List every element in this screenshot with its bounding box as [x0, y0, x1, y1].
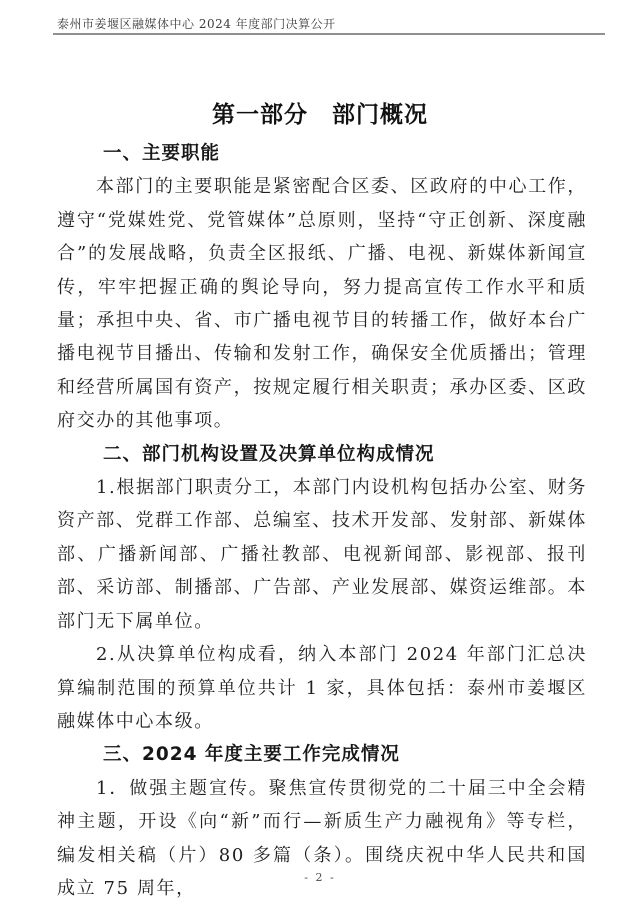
paragraph: 1．做强主题宣传。聚焦宣传贯彻党的二十届三中全会精神主题，开设《向“新”而行—新… [57, 772, 587, 905]
document-body: 一、主要职能 本部门的主要职能是紧密配合区委、区政府的中心工作，遵守“党媒姓党、… [57, 137, 587, 905]
page-header-title: 泰州市姜堰区融媒体中心 2024 年度部门决算公开 [57, 15, 336, 32]
section-heading-org-structure: 二、部门机构设置及决算单位构成情况 [57, 438, 587, 471]
header-rule [53, 33, 605, 35]
paragraph: 2.从决算单位构成看，纳入本部门 2024 年部门汇总决算编制范围的预算单位共计… [57, 638, 587, 738]
page-number: - 2 - [0, 871, 640, 884]
document-title: 第一部分 部门概况 [0, 96, 640, 129]
section-heading-main-functions: 一、主要职能 [57, 137, 587, 170]
paragraph: 本部门的主要职能是紧密配合区委、区政府的中心工作，遵守“党媒姓党、党管媒体”总原… [57, 170, 587, 437]
paragraph: 1.根据部门职责分工，本部门内设机构包括办公室、财务资产部、党群工作部、总编室、… [57, 471, 587, 638]
section-heading-2024-work: 三、2024 年度主要工作完成情况 [57, 738, 587, 771]
